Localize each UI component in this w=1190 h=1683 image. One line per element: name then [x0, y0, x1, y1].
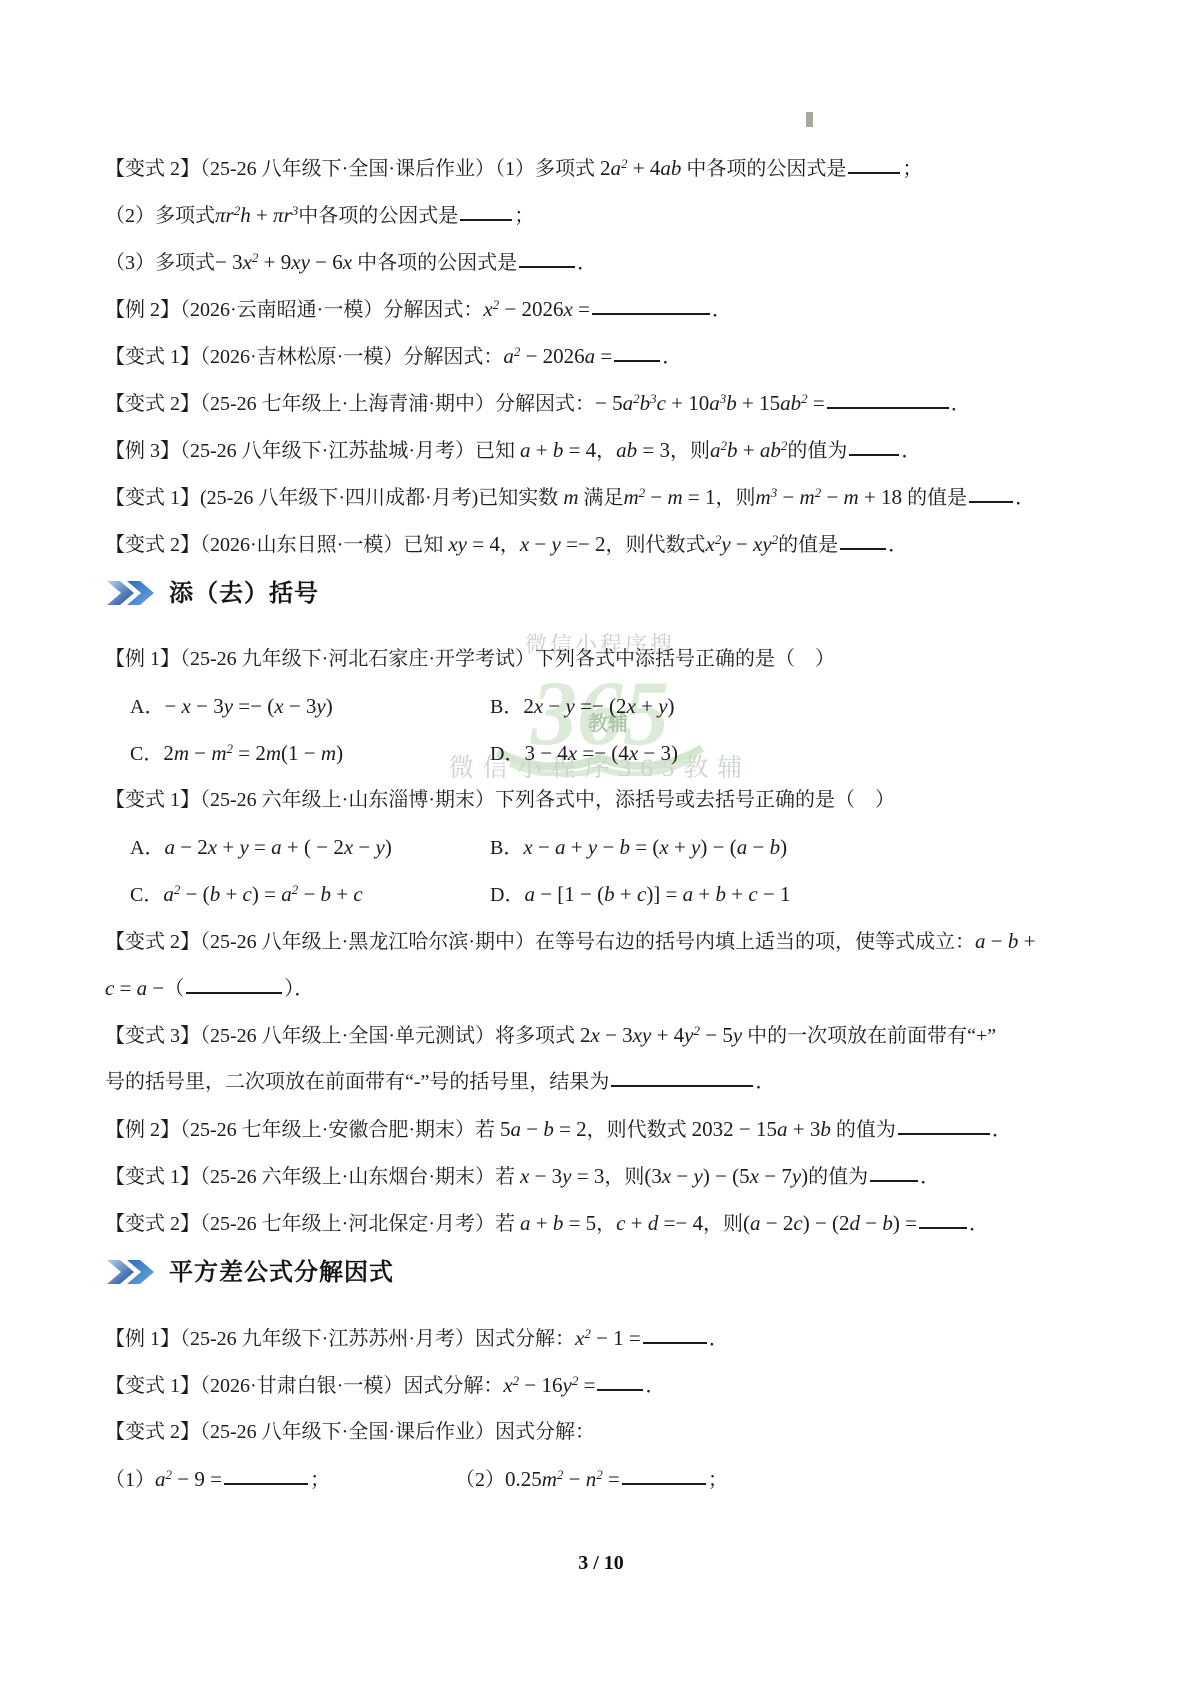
math-run: 2	[600, 156, 611, 180]
section-header: 添（去）括号	[105, 577, 1097, 611]
math-run: −	[353, 835, 375, 859]
math-run: =	[249, 835, 271, 859]
math-run: b	[882, 1211, 893, 1235]
math-run: − [1 − (	[535, 882, 604, 906]
math-run: +	[626, 1211, 648, 1235]
math-run: 5	[500, 1117, 511, 1141]
math-run: −	[521, 1117, 543, 1141]
math-run: πr3	[273, 203, 298, 227]
math-run: − 3	[215, 250, 243, 274]
math-run: a	[510, 1117, 521, 1141]
math-run: +	[669, 835, 691, 859]
math-run: x2	[243, 250, 259, 274]
text-run: ．	[577, 252, 597, 274]
text-run: ．	[888, 534, 908, 556]
text-run: ；	[514, 205, 534, 227]
text-run: 中各项的公因式是	[298, 205, 458, 227]
math-run: + ( − 2	[282, 835, 344, 859]
math-run: d	[648, 1211, 659, 1235]
math-run: a	[737, 835, 748, 859]
options-row: A．− x − 3y =− (x − 3y)B．2x − y =− (2x + …	[105, 692, 1097, 720]
math-run: b	[553, 438, 564, 462]
math-run: −	[147, 976, 164, 1000]
math-run: b	[727, 438, 738, 462]
math-run: ) =	[252, 882, 281, 906]
math-run: =− (4	[577, 741, 629, 765]
math-run: n2	[586, 1467, 603, 1491]
option-item: B．2x − y =− (2x + y)	[490, 692, 675, 721]
answer-blank	[898, 1130, 990, 1135]
text-run: ，则代数式	[606, 534, 706, 556]
math-run: )] =	[646, 882, 682, 906]
math-run: m	[844, 485, 859, 509]
math-run: 2	[163, 741, 174, 765]
answer-blank	[643, 1339, 707, 1344]
math-run: x	[520, 1164, 529, 1188]
math-run: ) − (2	[803, 1211, 850, 1235]
math-run: xy	[633, 1023, 652, 1047]
math-run: 2	[580, 1023, 591, 1047]
math-run: m2	[211, 741, 233, 765]
math-run: ab	[616, 438, 637, 462]
problem-line: （3）多项式− 3x2 + 9xy − 6x 中各项的公因式是．	[105, 248, 1097, 276]
problem-line: 【变式 3】（25-26 八年级上·全国·单元测试）将多项式 2x − 3xy …	[105, 1021, 1097, 1049]
math-run: a	[137, 976, 148, 1000]
math-run: − 5	[700, 1023, 733, 1047]
math-run: b	[726, 391, 737, 415]
text-run: 【变式 2】（25-26 八年级下·全国·课后作业）（1）多项式	[105, 158, 600, 180]
math-run: −	[529, 532, 551, 556]
math-run: −	[731, 532, 753, 556]
problem-line: 【变式 1】（25-26 六年级上·山东淄博·期末）下列各式中，添括号或去括号正…	[105, 786, 1097, 814]
math-run: b	[210, 882, 221, 906]
math-run: a	[975, 929, 986, 953]
math-run: x	[520, 532, 529, 556]
math-run: a2	[155, 1467, 172, 1491]
math-run: c	[105, 976, 114, 1000]
option-item: C．a2 − (b + c) = a2 − b + c	[130, 880, 490, 909]
page-number: 3 / 10	[105, 1552, 1097, 1575]
math-run: x	[629, 741, 638, 765]
math-run: a2	[503, 344, 520, 368]
math-run: a	[164, 835, 175, 859]
text-run: ．	[645, 1375, 665, 1397]
math-run: =− 4	[658, 1211, 703, 1235]
math-run: (	[743, 1211, 750, 1235]
math-run: ) − (	[700, 835, 736, 859]
math-run: =	[603, 1467, 620, 1491]
section-chevron-icon	[105, 579, 159, 607]
math-run: y2	[563, 1373, 579, 1397]
math-run: y	[316, 694, 325, 718]
answer-blank	[611, 1082, 753, 1087]
math-run: m	[563, 485, 578, 509]
math-run: b	[820, 1117, 831, 1141]
math-run: +	[726, 882, 748, 906]
text-run: （3）多项式	[105, 252, 215, 274]
math-run: − 3	[600, 1023, 633, 1047]
math-run: πr2	[215, 203, 240, 227]
section-header: 平方差公式分解因式	[105, 1256, 1097, 1290]
math-run: ) − (5	[703, 1164, 750, 1188]
math-run: m	[321, 741, 336, 765]
math-run: a	[520, 1211, 531, 1235]
text-run: 【变式 2】（25-26 七年级上·河北保定·月考）若	[105, 1213, 520, 1235]
math-run: =− 2	[561, 532, 606, 556]
math-run: + 15	[737, 391, 780, 415]
math-run: = 1	[683, 485, 716, 509]
math-run: m	[668, 485, 683, 509]
math-run: = 2	[233, 741, 266, 765]
problem-line: 【变式 2】（25-26 七年级上·上海青浦·期中）分解因式：− 5a2b3c …	[105, 389, 1097, 417]
math-run: a	[683, 882, 694, 906]
math-superscript: 2	[633, 391, 640, 406]
math-run: + 10	[666, 391, 709, 415]
text-run: ；	[902, 158, 922, 180]
text-run: 中各项的公因式是	[681, 158, 846, 180]
text-run: A．	[130, 696, 164, 718]
problem-line: 【变式 1】（25-26 六年级上·山东烟台·期末）若 x − 3y = 3，则…	[105, 1162, 1097, 1190]
text-run: ，则	[604, 1166, 644, 1188]
math-run: −	[533, 835, 555, 859]
section-header-label: 添（去）括号	[169, 580, 319, 607]
answer-blank	[186, 989, 282, 994]
option-item: D．a − [1 − (b + c)] = a + b + c − 1	[490, 880, 791, 909]
problem-line: （2）多项式πr2h + πr3中各项的公因式是；	[105, 201, 1097, 229]
text-run: C．	[130, 743, 163, 765]
text-run: 【变式 3】（25-26 八年级上·全国·单元测试）将多项式	[105, 1025, 580, 1047]
math-run: = 4	[467, 532, 500, 556]
option-item: B．x − a + y − b = (x + y) − (a − b)	[490, 833, 787, 862]
math-run: − 3)	[638, 741, 678, 765]
math-run: x	[274, 694, 283, 718]
math-run: a3	[709, 391, 726, 415]
math-run: + 9	[258, 250, 291, 274]
math-run: d	[850, 1211, 861, 1235]
text-run: 【变式 1】(25-26 八年级下·四川成都·月考)已知实数	[105, 487, 563, 509]
math-run: +	[566, 835, 588, 859]
math-run: a	[271, 835, 282, 859]
math-run: −	[543, 694, 565, 718]
text-run: 【例 3】（25-26 八年级下·江苏盐城·月考）已知	[105, 440, 520, 462]
math-run: x	[344, 835, 353, 859]
answer-blank	[870, 1177, 918, 1182]
answer-blank	[622, 1480, 706, 1485]
answer-blank	[519, 263, 575, 268]
answer-blank	[848, 169, 900, 174]
math-run: xy	[291, 250, 310, 274]
math-run: y	[588, 835, 597, 859]
text-run: （	[164, 978, 184, 1000]
text-run: C．	[130, 884, 163, 906]
text-run: 的值是	[902, 487, 967, 509]
text-run: （2）	[455, 1469, 505, 1491]
math-run: x	[523, 835, 532, 859]
options-row: （1）a2 − 9 =；（2）0.25m2 − n2 =；	[105, 1465, 1097, 1493]
math-run: − 2026	[520, 344, 584, 368]
math-run: = 3	[637, 438, 670, 462]
math-run: 3 − 4	[524, 741, 567, 765]
math-run: b	[321, 882, 332, 906]
math-run: a	[555, 835, 566, 859]
math-run: m	[266, 741, 281, 765]
text-run: 【例 1】（25-26 九年级下·江苏苏州·月考）因式分解：	[105, 1328, 575, 1350]
math-run: c	[243, 882, 252, 906]
answer-blank	[969, 498, 1013, 503]
math-run: ab	[660, 156, 681, 180]
stray-mark	[806, 112, 813, 127]
math-run: a	[777, 1117, 788, 1141]
math-run: = 3	[571, 1164, 604, 1188]
problem-line: 【变式 1】（2026·吉林松原·一模）分解因式：a2 − 2026a =．	[105, 342, 1097, 370]
answer-blank	[919, 1224, 967, 1229]
text-run: ）．	[284, 978, 314, 1000]
document-page: 微信小程序搜 365 教辅 微信小程序365教辅 【变式 2】（25-26 八年…	[0, 0, 1190, 1683]
math-run: +	[636, 694, 658, 718]
math-run: −	[860, 1211, 882, 1235]
option-item: D．3 − 4x =− (4x − 3)	[490, 739, 678, 768]
math-run: −	[189, 741, 211, 765]
math-run: m2	[542, 1467, 564, 1491]
text-run: D．	[490, 884, 524, 906]
math-run: y	[224, 694, 233, 718]
answer-blank	[614, 357, 660, 362]
text-run: ．	[992, 1119, 1012, 1141]
math-run: −	[164, 694, 181, 718]
math-run: y	[733, 1023, 742, 1047]
text-run: 中各项的公因式是	[352, 252, 517, 274]
math-run: c	[353, 882, 362, 906]
math-run: x	[590, 1023, 599, 1047]
math-run: −	[597, 835, 619, 859]
math-run: c	[616, 1211, 625, 1235]
text-run: ；	[708, 1469, 728, 1491]
math-run: − 3	[284, 694, 317, 718]
math-run: + 4	[627, 156, 660, 180]
text-run: ；	[310, 1469, 330, 1491]
math-run: +	[530, 1211, 552, 1235]
math-run: m3	[756, 485, 778, 509]
math-run: b3	[640, 391, 657, 415]
text-run: 【例 2】（25-26 七年级上·安徽合肥·期末）若	[105, 1119, 500, 1141]
text-run: ．	[755, 1071, 775, 1093]
math-run: =	[808, 391, 825, 415]
problem-line: 【变式 1】（2026·甘肃白银·一模）因式分解：x2 − 16y2 =．	[105, 1371, 1097, 1399]
math-run: y	[792, 1164, 801, 1188]
text-run: ．	[951, 393, 971, 415]
math-run: y	[239, 835, 248, 859]
problem-line: 【例 2】（25-26 七年级上·安徽合肥·期末）若 5a − b = 2，则代…	[105, 1115, 1097, 1143]
text-run: 【例 2】（2026·云南昭通·一模）分解因式：	[105, 299, 483, 321]
text-run: ．	[709, 1328, 729, 1350]
problem-line: 【变式 2】（25-26 七年级上·河北保定·月考）若 a + b = 5，c …	[105, 1209, 1097, 1237]
math-run: x	[627, 694, 636, 718]
math-run: − 2026	[499, 297, 563, 321]
text-run: 【变式 1】（2026·吉林松原·一模）分解因式：	[105, 346, 503, 368]
math-run: y	[658, 694, 667, 718]
problem-line: 【例 2】（2026·云南昭通·一模）分解因式：x2 − 2026x =．	[105, 295, 1097, 323]
math-run: (1 −	[281, 741, 321, 765]
text-run: （2）多项式	[105, 205, 215, 227]
worksheet-content: 【变式 2】（25-26 八年级下·全国·课后作业）（1）多项式 2a2 + 4…	[105, 154, 1097, 1512]
text-run: 的值为	[808, 1166, 868, 1188]
math-run: )	[326, 694, 333, 718]
math-run: c	[793, 1211, 802, 1235]
text-run: ，	[500, 534, 520, 556]
math-run: − 9 =	[172, 1467, 222, 1491]
math-run: 0.25	[505, 1467, 542, 1491]
math-run: a	[520, 438, 531, 462]
math-run: c	[657, 391, 666, 415]
problem-line: 【例 3】（25-26 八年级下·江苏盐城·月考）已知 a + b = 4，ab…	[105, 436, 1097, 464]
math-run: = (	[630, 835, 659, 859]
math-run: a	[585, 344, 596, 368]
text-run: ．	[920, 1166, 940, 1188]
problem-line: 【例 1】（25-26 九年级下·河北石家庄·开学考试）下列各式中添括号正确的是…	[105, 645, 1097, 673]
math-run: a2	[623, 391, 640, 415]
math-run: c	[637, 882, 646, 906]
math-run: + 4	[651, 1023, 684, 1047]
text-run: 【变式 2】（25-26 八年级上·黑龙江哈尔滨·期中）在等号右边的括号内填上适…	[105, 931, 975, 953]
math-run: y	[552, 532, 561, 556]
problem-line: 【变式 1】(25-26 八年级下·四川成都·月考)已知实数 m 满足m2 − …	[105, 483, 1097, 511]
math-run: b	[604, 882, 615, 906]
text-run: 【变式 1】（25-26 六年级上·山东烟台·期末）若	[105, 1166, 520, 1188]
math-run: − 2	[761, 1211, 794, 1235]
text-run: ，则	[703, 1213, 743, 1235]
options-row: A．a − 2x + y = a + ( − 2x − y)B．x − a + …	[105, 833, 1097, 861]
math-run: y	[566, 694, 575, 718]
math-run: −	[821, 485, 843, 509]
math-run: y	[694, 1164, 703, 1188]
text-run: 【变式 2】（25-26 八年级下·全国·课后作业）因式分解：	[105, 1421, 595, 1443]
math-run: b	[1008, 929, 1019, 953]
text-run: ．	[662, 346, 682, 368]
answer-blank	[460, 216, 512, 221]
math-run: +	[217, 835, 239, 859]
math-run: c	[748, 882, 757, 906]
math-run: =− (	[233, 694, 274, 718]
math-run: h	[240, 203, 251, 227]
options-row: C．2m − m2 = 2m(1 − m)D．3 − 4x =− (4x − 3…	[105, 739, 1097, 767]
math-run: a2	[163, 882, 180, 906]
text-run: 【变式 2】（25-26 七年级上·上海青浦·期中）分解因式：	[105, 393, 595, 415]
text-run: 满足	[578, 487, 623, 509]
math-run: m	[174, 741, 189, 765]
math-run: +	[1018, 929, 1035, 953]
text-run: B．	[490, 837, 523, 859]
text-run: 【变式 1】（25-26 六年级上·山东淄博·期末）下列各式中，添括号或去括号正…	[105, 789, 895, 811]
text-run: 中的一次项放在前面带有“+”	[742, 1025, 996, 1047]
answer-blank	[827, 404, 949, 409]
math-run: +	[331, 882, 353, 906]
math-run: xy2	[753, 532, 778, 556]
math-run: x2	[575, 1326, 591, 1350]
text-run: 【变式 2】（2026·山东日照·一模）已知	[105, 534, 448, 556]
section-header-label: 平方差公式分解因式	[169, 1259, 394, 1286]
math-run: x	[534, 694, 543, 718]
math-run: m2	[800, 485, 822, 509]
math-run: − 3	[191, 694, 224, 718]
math-run: )	[385, 835, 392, 859]
math-run: + 3	[788, 1117, 821, 1141]
math-run: −	[645, 485, 667, 509]
math-run: − 3	[529, 1164, 562, 1188]
math-run: =	[114, 976, 136, 1000]
text-run: 号的括号里，二次项放在前面带有“-”号的括号里，结果为	[105, 1071, 609, 1093]
math-run: )	[336, 741, 343, 765]
math-run: = 2	[554, 1117, 587, 1141]
problem-line: 号的括号里，二次项放在前面带有“-”号的括号里，结果为．	[105, 1068, 1097, 1096]
math-run: − 6	[310, 250, 343, 274]
math-run: −	[298, 882, 320, 906]
math-run: x	[568, 741, 577, 765]
text-run: 的值为	[831, 1119, 896, 1141]
problem-line: 【变式 2】（25-26 八年级下·全国·课后作业）因式分解：	[105, 1418, 1097, 1446]
math-run: =	[578, 1373, 595, 1397]
text-run: （1）	[105, 1469, 155, 1491]
text-run: ．	[712, 299, 732, 321]
math-run: − 2	[175, 835, 208, 859]
math-run: +	[530, 438, 552, 462]
problem-line: c = a −（）．	[105, 974, 1097, 1002]
math-run: x2	[483, 297, 499, 321]
math-run: 2032 − 15	[692, 1117, 777, 1141]
math-run: −	[777, 485, 799, 509]
math-run: − 16	[519, 1373, 562, 1397]
math-run: +	[615, 882, 637, 906]
option-item: C．2m − m2 = 2m(1 − m)	[130, 739, 490, 768]
text-run: 的值是	[778, 534, 838, 556]
math-run: x	[662, 1164, 671, 1188]
math-run: −	[747, 835, 769, 859]
text-run: B．	[490, 696, 523, 718]
option-item: A．a − 2x + y = a + ( − 2x − y)	[130, 833, 490, 862]
math-run: +	[251, 203, 273, 227]
text-run: ，则代数式	[587, 1119, 692, 1141]
math-run: b	[716, 882, 727, 906]
problem-line: 【例 1】（25-26 九年级下·江苏苏州·月考）因式分解：x2 − 1 =．	[105, 1324, 1097, 1352]
math-run: m2	[623, 485, 645, 509]
math-run: ab2	[780, 391, 808, 415]
text-run: ，	[596, 440, 616, 462]
options-row: C．a2 − (b + c) = a2 − b + cD．a − [1 − (b…	[105, 880, 1097, 908]
text-run: ，则	[670, 440, 710, 462]
math-run: ) =	[893, 1211, 917, 1235]
problem-line: 【变式 2】（25-26 八年级上·黑龙江哈尔滨·期中）在等号右边的括号内填上适…	[105, 927, 1097, 955]
text-run: 【例 1】（25-26 九年级下·河北石家庄·开学考试）下列各式中添括号正确的是…	[105, 648, 835, 670]
text-run: ．	[969, 1213, 989, 1235]
math-run: x2	[503, 1373, 519, 1397]
text-run: ，则	[716, 487, 756, 509]
answer-blank	[592, 310, 710, 315]
math-run: =	[595, 344, 612, 368]
math-run: = 5	[563, 1211, 596, 1235]
math-run: −	[671, 1164, 693, 1188]
math-run: x	[208, 835, 217, 859]
text-run: D．	[490, 743, 524, 765]
math-run: b	[543, 1117, 554, 1141]
math-run: y2	[684, 1023, 700, 1047]
math-run: x	[750, 1164, 759, 1188]
math-run: =− (2	[575, 694, 627, 718]
text-run: 的值为	[787, 440, 847, 462]
math-run: x	[564, 297, 573, 321]
text-run: ．	[901, 440, 921, 462]
math-run: )	[780, 835, 787, 859]
math-run: a2	[610, 156, 627, 180]
math-run: = 4	[563, 438, 596, 462]
